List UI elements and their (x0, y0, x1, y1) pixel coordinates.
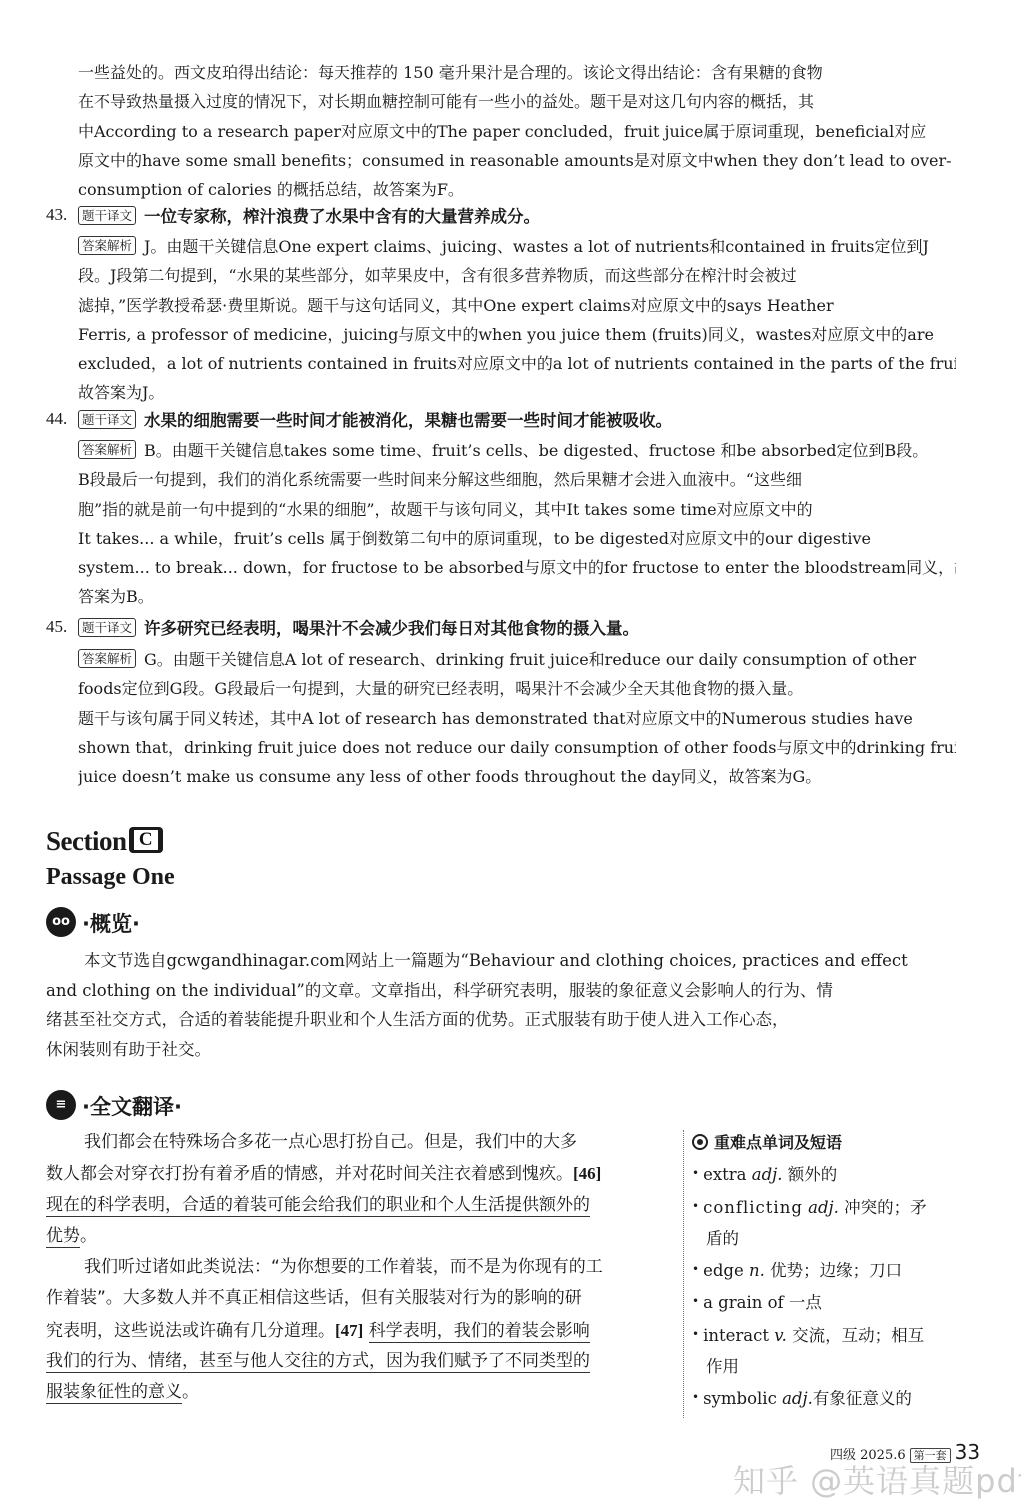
vocab-word: extra (703, 1165, 746, 1184)
vocab-pos: adj. (752, 1165, 783, 1184)
text-line: system... to break... down，for fructose … (78, 553, 956, 582)
vocab-item: •extra adj. 额外的 (692, 1158, 962, 1190)
stem-text: 许多研究已经表明，喝果汁不会减少我们每日对其他食物的摄入量。 (144, 619, 639, 638)
stem-text: 一位专家称，榨汁浪费了水果中含有的大量营养成分。 (144, 207, 540, 226)
text-line: excluded，a lot of nutrients contained in… (78, 349, 956, 378)
underlined-sentence: 科学表明，我们的着装会影响 (369, 1321, 590, 1343)
text-line: B段最后一句提到，我们的消化系统需要一些时间来分解这些细胞，然后果糖才会进入血液… (78, 465, 956, 494)
bullet-icon: • (692, 1390, 699, 1404)
question-marker-46: [46] (573, 1164, 601, 1183)
analysis-text: J。由题干关键信息One expert claims、juicing、waste… (144, 237, 929, 256)
vocab-word: conflicting (703, 1198, 803, 1217)
stem-translation-tag: 题干译文 (78, 206, 136, 225)
column-divider (683, 1130, 684, 1418)
vocab-word: edge (703, 1261, 744, 1280)
vocab-meaning: 一点 (789, 1293, 822, 1312)
text: 数人都会对穿衣打扮有着矛盾的情感，并对花时间关注衣着感到愧疚。 (46, 1164, 573, 1184)
vocab-pos: v. (774, 1326, 787, 1345)
translation-icon: ≡ (46, 1090, 76, 1120)
text-line: 服装象征性的意义。 (46, 1377, 668, 1408)
vocab-pos: adj. (808, 1198, 839, 1217)
text-line: 段。J段第二句提到，“水果的某些部分，如苹果皮中，含有很多营养物质，而这些部分在… (78, 261, 956, 290)
answer-analysis-tag: 答案解析 (78, 236, 136, 255)
section-title: Section (46, 826, 127, 856)
text-line: 数人都会对穿衣打扮有着矛盾的情感，并对花时间关注衣着感到愧疚。[46] (46, 1158, 668, 1189)
answer-analysis: 答案解析G。由题干关键信息A lot of research、drinking … (78, 645, 956, 791)
text-line: 原文中的have some small benefits；consumed in… (78, 146, 956, 175)
translation-body: 我们都会在特殊场合多花一点心思打扮自己。但是，我们中的大多 数人都会对穿衣打扮有… (46, 1127, 668, 1409)
text-line: 故答案为J。 (78, 378, 956, 407)
answer-analysis: 答案解析B。由题干关键信息takes some time、fruit’s cel… (78, 436, 956, 612)
vocabulary-box: 重难点单词及短语 •extra adj. 额外的 •conflicting ad… (692, 1127, 962, 1415)
underlined-sentence: 现在的科学表明，合适的着装可能会给我们的职业和个人生活提供额外的 (46, 1195, 590, 1217)
text-line: 题干与该句属于同义转述，其中A lot of research has demo… (78, 704, 956, 733)
bullet-icon: • (692, 1166, 699, 1180)
text-line: 答案为B。 (78, 582, 956, 611)
text-line: 滤掉，”医学教授希瑟·费里斯说。题干与这句话同义，其中One expert cl… (78, 291, 956, 320)
vocab-item-continued: 盾的 (692, 1223, 962, 1254)
text-line: 本文节选自gcwgandhinagar.com网站上一篇题为“Behaviour… (46, 946, 956, 976)
vocab-meaning: 优势；边缘；刀口 (770, 1261, 902, 1280)
stem-text: 水果的细胞需要一些时间才能被消化，果糖也需要一些时间才能被吸收。 (144, 411, 672, 430)
underlined-sentence: 优势 (46, 1226, 80, 1248)
bullet-icon: • (692, 1294, 699, 1308)
question-stem: 题干译文一位专家称，榨汁浪费了水果中含有的大量营养成分。 (78, 202, 540, 231)
answer-analysis: 答案解析J。由题干关键信息One expert claims、juicing、w… (78, 232, 956, 408)
overview-heading: ·概览· (82, 908, 140, 938)
text-line: 一些益处的。西文皮珀得出结论：每天推荐的 150 毫升果汁是合理的。该论文得出结… (78, 58, 956, 87)
question-number: 44. (46, 409, 67, 429)
vocab-pos: adj. (782, 1389, 813, 1408)
vocab-meaning: 冲突的；矛 (844, 1198, 927, 1217)
vocab-item: •a grain of 一点 (692, 1286, 962, 1318)
passage-title: Passage One (46, 864, 175, 891)
text-line: Ferris, a professor of medicine，juicing与… (78, 320, 956, 349)
underlined-sentence: 我们的行为、情绪，甚至与他人交往的方式，因为我们赋予了不同类型的 (46, 1351, 590, 1373)
vocab-word: a grain of (703, 1293, 784, 1312)
text-line: 在不导致热量摄入过度的情况下，对长期血糖控制可能有一些小的益处。题干是对这几句内… (78, 87, 956, 116)
bullet-icon: • (692, 1327, 699, 1341)
text-line: 答案解析J。由题干关键信息One expert claims、juicing、w… (78, 232, 956, 261)
vocab-word: interact (703, 1326, 769, 1345)
text: 究表明，这些说法或许确有几分道理。 (46, 1321, 335, 1341)
document-page: 一些益处的。西文皮珀得出结论：每天推荐的 150 毫升果汁是合理的。该论文得出结… (0, 0, 1021, 1512)
vocab-item-continued: 作用 (692, 1351, 962, 1382)
vocab-pos: n. (749, 1261, 765, 1280)
text-line: 优势。 (46, 1221, 668, 1252)
section-heading: SectionC (46, 826, 163, 857)
text-line: It takes... a while，fruit’s cells 属于倒数第二… (78, 524, 956, 553)
stem-translation-tag: 题干译文 (78, 618, 136, 637)
translation-heading: ·全文翻译· (82, 1091, 182, 1121)
vocab-item: •edge n. 优势；边缘；刀口 (692, 1254, 962, 1286)
watermark: 知乎 @英语真题pdf (733, 1456, 1021, 1502)
overview-paragraph: 本文节选自gcwgandhinagar.com网站上一篇题为“Behaviour… (46, 946, 956, 1064)
text-line: 休闲装则有助于社交。 (46, 1035, 956, 1065)
vocab-word: symbolic (703, 1389, 777, 1408)
section-letter-badge: C (129, 827, 163, 853)
glasses-icon: oo (46, 907, 76, 937)
bullet-icon: • (692, 1199, 699, 1213)
text-line: 中According to a research paper对应原文中的The … (78, 117, 956, 146)
text-line: 现在的科学表明，合适的着装可能会给我们的职业和个人生活提供额外的 (46, 1190, 668, 1221)
vocab-item: •interact v. 交流，互动；相互 (692, 1319, 962, 1351)
text-line: foods定位到G段。G段最后一句提到，大量的研究已经表明，喝果汁不会减少全天其… (78, 674, 956, 703)
question-number: 43. (46, 205, 67, 225)
question-stem: 题干译文水果的细胞需要一些时间才能被消化，果糖也需要一些时间才能被吸收。 (78, 406, 672, 435)
question-number: 45. (46, 617, 67, 637)
text-line: 答案解析G。由题干关键信息A lot of research、drinking … (78, 645, 956, 674)
text-line: 答案解析B。由题干关键信息takes some time、fruit’s cel… (78, 436, 956, 465)
vocabulary-title: 重难点单词及短语 (692, 1127, 962, 1158)
text-line: 我们都会在特殊场合多花一点心思打扮自己。但是，我们中的大多 (46, 1127, 668, 1158)
underlined-sentence: 服装象征性的意义 (46, 1382, 182, 1404)
text-line: 究表明，这些说法或许确有几分道理。[47] 科学表明，我们的着装会影响 (46, 1315, 668, 1346)
section-letter: C (134, 830, 158, 850)
text-line: 我们的行为、情绪，甚至与他人交往的方式，因为我们赋予了不同类型的 (46, 1346, 668, 1377)
text-line: 胞”指的就是前一句中提到的“水果的细胞”，故题干与该句同义，其中It takes… (78, 495, 956, 524)
text: 。 (182, 1382, 199, 1402)
bullet-icon: • (692, 1262, 699, 1276)
text-line: shown that，drinking fruit juice does not… (78, 733, 956, 762)
answer-analysis-tag: 答案解析 (78, 649, 136, 668)
analysis-text: G。由题干关键信息A lot of research、drinking frui… (144, 650, 916, 669)
text: 。 (80, 1226, 97, 1246)
question-stem: 题干译文许多研究已经表明，喝果汁不会减少我们每日对其他食物的摄入量。 (78, 614, 639, 643)
vocab-meaning: 有象征意义的 (813, 1389, 912, 1408)
text-line: juice doesn’t make us consume any less o… (78, 762, 956, 791)
text-line: 作着装”。大多数人并不真正相信这些话，但有关服装对行为的影响的研 (46, 1283, 668, 1314)
answer-continuation: 一些益处的。西文皮珀得出结论：每天推荐的 150 毫升果汁是合理的。该论文得出结… (78, 58, 956, 204)
vocab-item: •conflicting adj. 冲突的；矛 (692, 1191, 962, 1223)
vocab-meaning: 额外的 (788, 1165, 838, 1184)
stem-translation-tag: 题干译文 (78, 410, 136, 429)
answer-analysis-tag: 答案解析 (78, 440, 136, 459)
analysis-text: B。由题干关键信息takes some time、fruit’s cells、b… (144, 441, 928, 460)
vocab-meaning: 交流，互动；相互 (792, 1326, 924, 1345)
vocabulary-title-text: 重难点单词及短语 (714, 1133, 842, 1152)
text-line: 我们听过诸如此类说法：“为你想要的工作着装，而不是为你现有的工 (46, 1252, 668, 1283)
text-line: consumption of calories 的概括总结，故答案为F。 (78, 175, 956, 204)
question-marker-47: [47] (335, 1321, 363, 1340)
text-line: and clothing on the individual”的文章。文章指出，… (46, 976, 956, 1006)
text-line: 绪甚至社交方式，合适的着装能提升职业和个人生活方面的优势。正式服装有助于使人进入… (46, 1005, 956, 1035)
vocab-item: •symbolic adj.有象征意义的 (692, 1382, 962, 1414)
target-icon (692, 1134, 708, 1150)
